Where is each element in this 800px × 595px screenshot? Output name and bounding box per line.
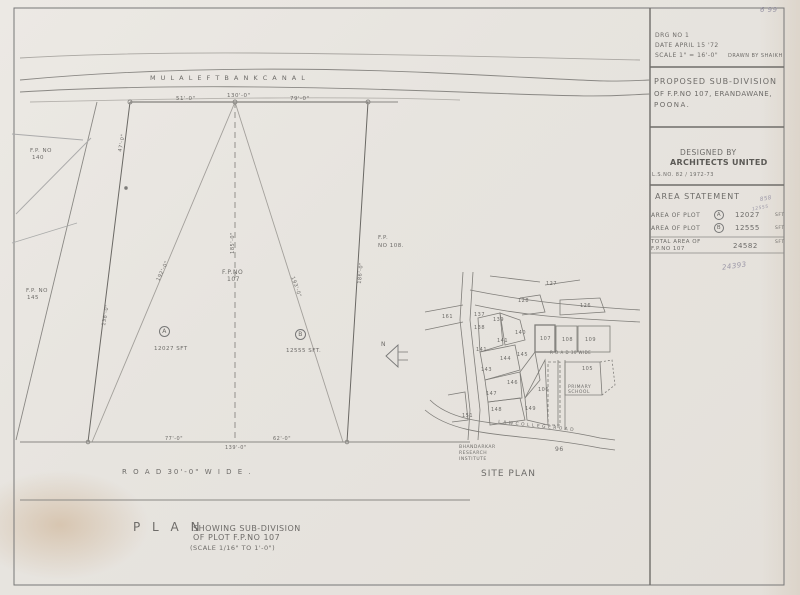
project-title-line2: OF F.P.NO 107, ERANDAWANE, [654,90,772,98]
lot-141a: 141 [497,338,508,344]
drawing-number: DRG NO 1 [655,32,689,39]
area-row-a-label: AREA OF PLOT [651,212,700,219]
lot-128: 128 [518,298,529,304]
lot-138: 138 [474,325,485,331]
total-area-unit: SFT [775,240,785,245]
lot-109: 109 [585,337,596,343]
bottom-dim-right: 62'-0" [273,436,291,442]
lot-148: 148 [491,407,502,413]
top-dim-left: 51'-0" [176,96,196,102]
bottom-dim-left: 77'-0" [165,436,183,442]
north-arrow-icon: N [381,341,386,348]
lot-140: 140 [515,330,526,336]
lot-105: 105 [582,366,593,372]
total-area-label-2: F.P.NO 107 [651,246,685,252]
center-dim: 185'-0" [230,232,236,254]
fp-140-label-2: 140 [32,155,44,161]
area-row-b-value: 12555 [735,224,760,232]
lot-106: 106 [538,387,549,393]
canal-label: M U L A L E F T B A N K C A N A L [150,74,306,82]
total-area-label-1: TOTAL AREA OF [651,239,701,245]
fp-107-label-2: 107 [227,276,240,283]
designed-by-label: DESIGNED BY [680,148,737,157]
plot-b-area: 12555 SFT. [286,348,321,354]
primary-school-label: PRIMARY SCHOOL [568,385,598,395]
sheet-number: 6 99 [760,6,778,14]
lot-96: 96 [555,446,564,453]
lot-139: 139 [493,317,504,323]
institute-label-1: BHANDARKAR [459,445,496,450]
lot-141b: 141 [476,347,487,353]
lot-143: 143 [481,367,492,373]
institute-label-3: INSTITUTE [459,457,487,462]
institute-label-2: RESEARCH [459,451,487,456]
site-plan-title: SITE PLAN [481,469,536,479]
area-row-b-unit: SFT [775,226,785,231]
fp-107-label-1: F.P.NO [222,269,243,276]
lot-145: 145 [517,352,528,358]
plot-a-circle: A [159,326,170,337]
area-statement-heading: AREA STATEMENT [655,192,740,201]
project-title-line1: PROPOSED SUB-DIVISION [654,77,777,86]
lot-108: 108 [562,337,573,343]
plot-a-marker: A [714,210,724,220]
fp-108-label-2: NO 108. [378,243,404,249]
road-top-label: R O A D 30'WIDE [550,350,591,355]
drawing-sheet: 6 99 DRG NO 1 DATE APRIL 15 '72 SCALE 1"… [0,0,800,595]
road-label: R O A D 30'-0" W I D E . [122,468,253,476]
area-row-b-label: AREA OF PLOT [651,225,700,232]
area-row-a-value: 12027 [735,211,760,219]
top-dim-total: 130'-0" [227,93,251,99]
drawn-by: DRAWN BY SHAIKH [728,53,783,59]
drawing-date: DATE APRIL 15 '72 [655,42,719,49]
bottom-dim-total: 139'-0" [225,445,247,451]
caption-line2: OF PLOT F.P.NO 107 [193,533,280,542]
plot-b-circle: B [295,329,306,340]
lot-126: 126 [580,303,591,309]
plot-b-marker: B [714,223,724,233]
area-row-a-unit: SFT [775,213,785,218]
fp-140-label-1: F.P. NO [30,148,52,154]
top-dim-right: 79'-0" [290,96,310,102]
caption-line1: SHOWING SUB-DIVISION [193,524,301,533]
caption-scale: (SCALE 1/16" TO 1'-0") [190,544,275,552]
lot-107: 107 [540,336,551,342]
lot-137: 137 [474,312,485,318]
project-title-line3: POONA. [654,101,690,109]
fp-145-label-1: F.P. NO [26,288,48,294]
total-area-value: 24582 [733,242,758,250]
lot-127: 127 [546,281,557,287]
firm-name: ARCHITECTS UNITED [670,158,768,167]
drawing-scale: SCALE 1" = 16'-0" [655,52,718,59]
lot-147: 147 [486,391,497,397]
fp-145-label-2: 145 [27,295,39,301]
lot-161: 161 [442,314,453,320]
lot-149: 149 [525,406,536,412]
lot-146: 146 [507,380,518,386]
license-number: L.S.NO. 82 / 1972-73 [652,172,714,178]
fp-108-label-1: F.P. [378,235,388,241]
plot-a-area: 12027 SFT [154,346,188,352]
lot-144: 144 [500,356,511,362]
lot-151: 151 [462,413,473,419]
